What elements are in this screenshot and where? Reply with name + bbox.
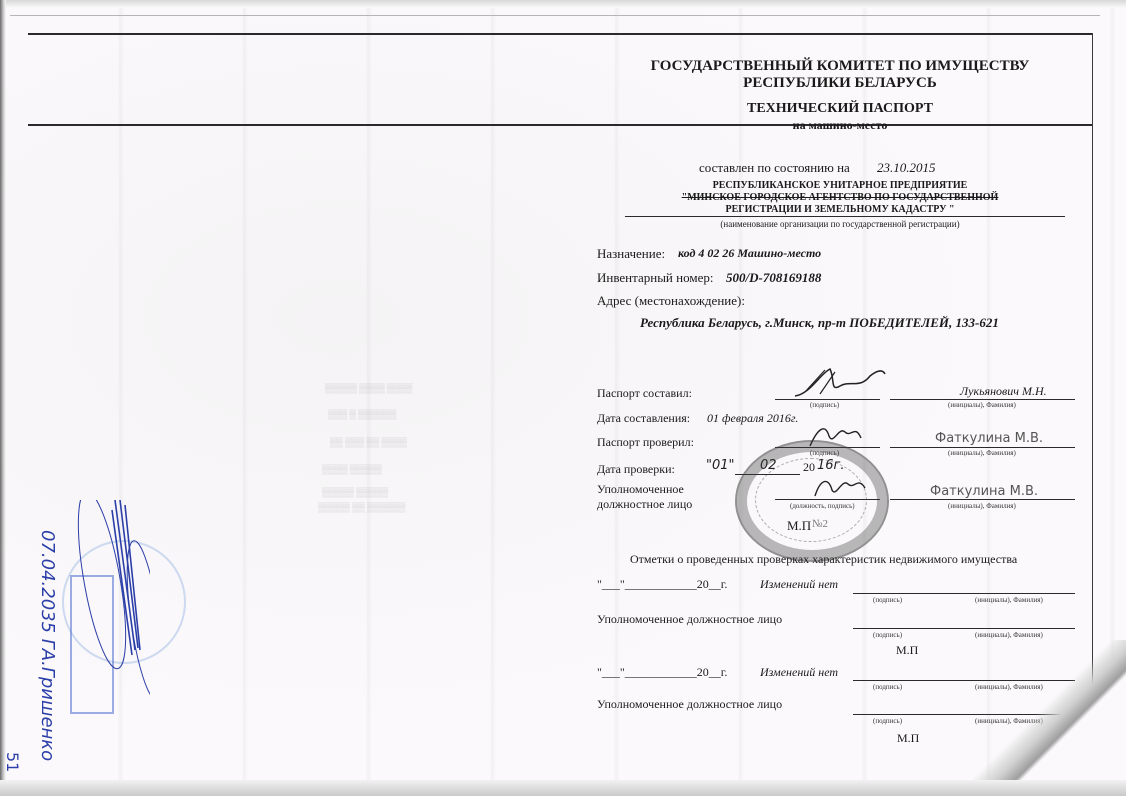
address-label: Адрес (местонахождение):	[597, 293, 745, 309]
state-date-value: 23.10.2015	[877, 160, 936, 176]
inspection-sig-caption: (подпись)	[873, 596, 902, 604]
purpose-label: Назначение:	[597, 246, 665, 262]
inspection-date-template: "___"____________20__г.	[597, 577, 727, 592]
bleed-through-text: ▒▒▒▒▒ ▒▒ ▒▒▒▒▒▒	[318, 502, 405, 512]
check-date-label: Дата проверки:	[597, 462, 675, 477]
authorized-name-line	[890, 499, 1075, 500]
header-top-rule	[28, 33, 1093, 35]
inspection-seal-label: М.П	[897, 731, 919, 746]
handwritten-margin-note: 07.04.2035 ГА.Гришенко	[37, 530, 58, 761]
bleed-through-text: ▒▒▒▒▒ ▒▒▒▒▒	[322, 487, 388, 497]
bleed-through-text: ▒▒▒▒▒ ▒▒▒▒ ▒▒▒▒	[325, 383, 412, 393]
compile-date-value: 01 февраля 2016г.	[707, 411, 798, 426]
inspection-auth-sig-caption: (подпись)	[873, 631, 902, 639]
document-subtitle: на машино-место	[600, 118, 1080, 133]
purpose-value: код 4 02 26 Машино-место	[678, 246, 821, 261]
compiled-by-label: Паспорт составил:	[597, 386, 692, 401]
address-value: Республика Беларусь, г.Минск, пр-т ПОБЕД…	[640, 315, 999, 331]
state-date-label: составлен по состоянию на	[699, 160, 850, 176]
inspection-signature-line	[853, 593, 1075, 594]
checked-name-caption: (инициалы), Фамилия)	[948, 449, 1016, 457]
compiled-by-name: Лукьянович М.Н.	[960, 384, 1047, 399]
seal-label: М.П	[787, 518, 811, 534]
authorized-label-line1: Уполномоченное	[597, 482, 684, 497]
inspection-status: Изменений нет	[760, 665, 838, 680]
organization-line2: "МИНСКОЕ ГОРОДСКОЕ АГЕНТСТВО ПО ГОСУДАРС…	[600, 192, 1080, 203]
inspection-name-caption: (инициалы), Фамилия)	[975, 596, 1043, 604]
bleed-through-text: ▒▒▒ ▒ ▒▒▒▒▒▒	[328, 409, 396, 419]
inspection-seal-label: М.П	[896, 643, 918, 658]
authorized-name-stamp: Фаткулина М.В.	[930, 484, 1038, 499]
inspection-sig-caption: (подпись)	[873, 683, 902, 691]
organization-underline	[625, 216, 1065, 217]
faint-top-rule	[10, 15, 1100, 16]
page-number: 51	[3, 752, 22, 772]
checked-name-line	[890, 447, 1075, 448]
inspection-auth-sig-caption: (подпись)	[873, 717, 902, 725]
inspection-authorized-label: Уполномоченное должностное лицо	[597, 697, 782, 712]
compiled-name-line	[890, 399, 1075, 400]
scan-left-edge	[0, 0, 6, 796]
committee-title-line2: РЕСПУБЛИКИ БЕЛАРУСЬ	[600, 75, 1080, 92]
bleed-through-text: ▒▒ ▒▒▒ ▒▒ ▒▒▒▒	[330, 437, 407, 447]
inspection-status: Изменений нет	[760, 577, 838, 592]
check-day: "01"	[706, 458, 735, 473]
inventory-value: 500/D-708169188	[726, 270, 821, 286]
handwritten-signature-icon	[790, 364, 890, 404]
scan-top-edge	[0, 0, 1126, 8]
compiled-signature-caption: (подпись)	[810, 401, 839, 409]
inspection-date-template: "___"____________20__г.	[597, 665, 727, 680]
inspection-auth-name-caption: (инициалы), Фамилия)	[975, 631, 1043, 639]
inspection-auth-signature-line	[853, 628, 1075, 629]
organization-caption: (наименование организации по государстве…	[600, 219, 1080, 229]
authorized-label-line2: должностное лицо	[597, 497, 692, 512]
compiled-name-caption: (инициалы), Фамилия)	[948, 401, 1016, 409]
organization-line3: РЕГИСТРАЦИИ И ЗЕМЕЛЬНОМУ КАДАСТРУ "	[600, 204, 1080, 215]
inspections-title: Отметки о проведенных проверках характер…	[630, 552, 1017, 567]
page-curl-shadow	[950, 640, 1126, 785]
committee-title-line1: ГОСУДАРСТВЕННЫЙ КОМИТЕТ ПО ИМУЩЕСТВУ	[600, 58, 1080, 75]
bleed-through-text: ▒▒▒▒ ▒▒▒▒▒	[322, 464, 382, 474]
document-title: ТЕХНИЧЕСКИЙ ПАСПОРТ	[600, 101, 1080, 117]
seal-number: №2	[812, 518, 828, 530]
inventory-label: Инвентарный номер:	[597, 270, 713, 286]
inspection-authorized-label: Уполномоченное должностное лицо	[597, 612, 782, 627]
organization-line1: РЕСПУБЛИКАНСКОЕ УНИТАРНОЕ ПРЕДПРИЯТИЕ	[600, 180, 1080, 191]
authorized-name-caption: (инициалы), Фамилия)	[948, 502, 1016, 510]
checked-by-name-stamp: Фаткулина М.В.	[935, 431, 1043, 446]
compile-date-label: Дата составления:	[597, 411, 690, 426]
checked-by-label: Паспорт проверил:	[597, 435, 694, 450]
scan-bottom-edge	[0, 780, 1126, 796]
